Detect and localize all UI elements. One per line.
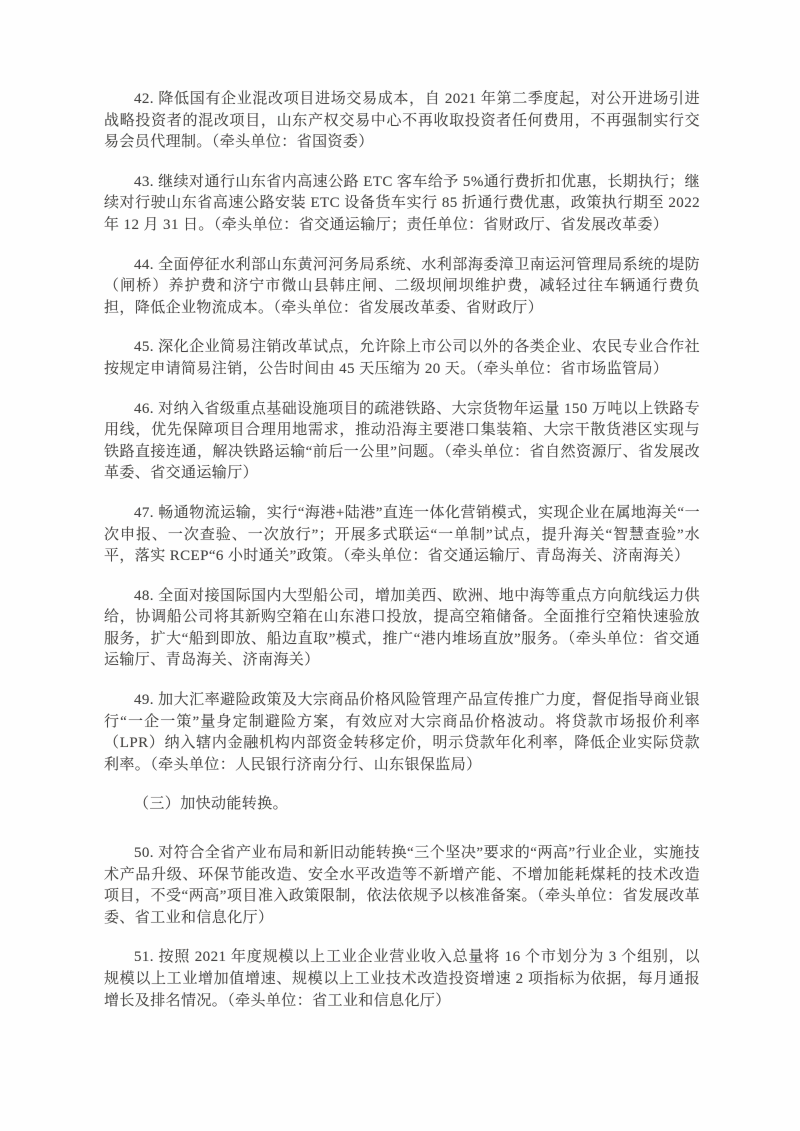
document-page: 42. 降低国有企业混改项目进场交易成本，自 2021 年第二季度起，对公开进场… xyxy=(0,0,800,1131)
policy-item-44: 44. 全面停征水利部山东黄河河务局系统、水利部海委漳卫南运河管理局系统的堤防（… xyxy=(104,255,700,320)
policy-item-50: 50. 对符合全省产业布局和新旧动能转换“三个坚决”要求的“两高”行业企业，实施… xyxy=(104,843,700,929)
policy-item-42: 42. 降低国有企业混改项目进场交易成本，自 2021 年第二季度起，对公开进场… xyxy=(104,89,700,154)
policy-item-49: 49. 加大汇率避险政策及大宗商品价格风险管理产品宣传推广力度，督促指导商业银行… xyxy=(104,690,700,776)
policy-item-46: 46. 对纳入省级重点基础设施项目的疏港铁路、大宗货物年运量 150 万吨以上铁… xyxy=(104,399,700,485)
section-heading: （三）加快动能转换。 xyxy=(104,794,700,816)
policy-item-51: 51. 按照 2021 年度规模以上工业企业营业收入总量将 16 个市划分为 3… xyxy=(104,947,700,1012)
policy-item-48: 48. 全面对接国际国内大型船公司，增加美西、欧洲、地中海等重点方向航线运力供给… xyxy=(104,586,700,672)
policy-item-45: 45. 深化企业简易注销改革试点，允许除上市公司以外的各类企业、农民专业合作社按… xyxy=(104,337,700,380)
policy-item-47: 47. 畅通物流运输，实行“海港+陆港”直连一体化营销模式，实现企业在属地海关“… xyxy=(104,503,700,568)
policy-item-43: 43. 继续对通行山东省内高速公路 ETC 客车给予 5%通行费折扣优惠，长期执… xyxy=(104,172,700,237)
